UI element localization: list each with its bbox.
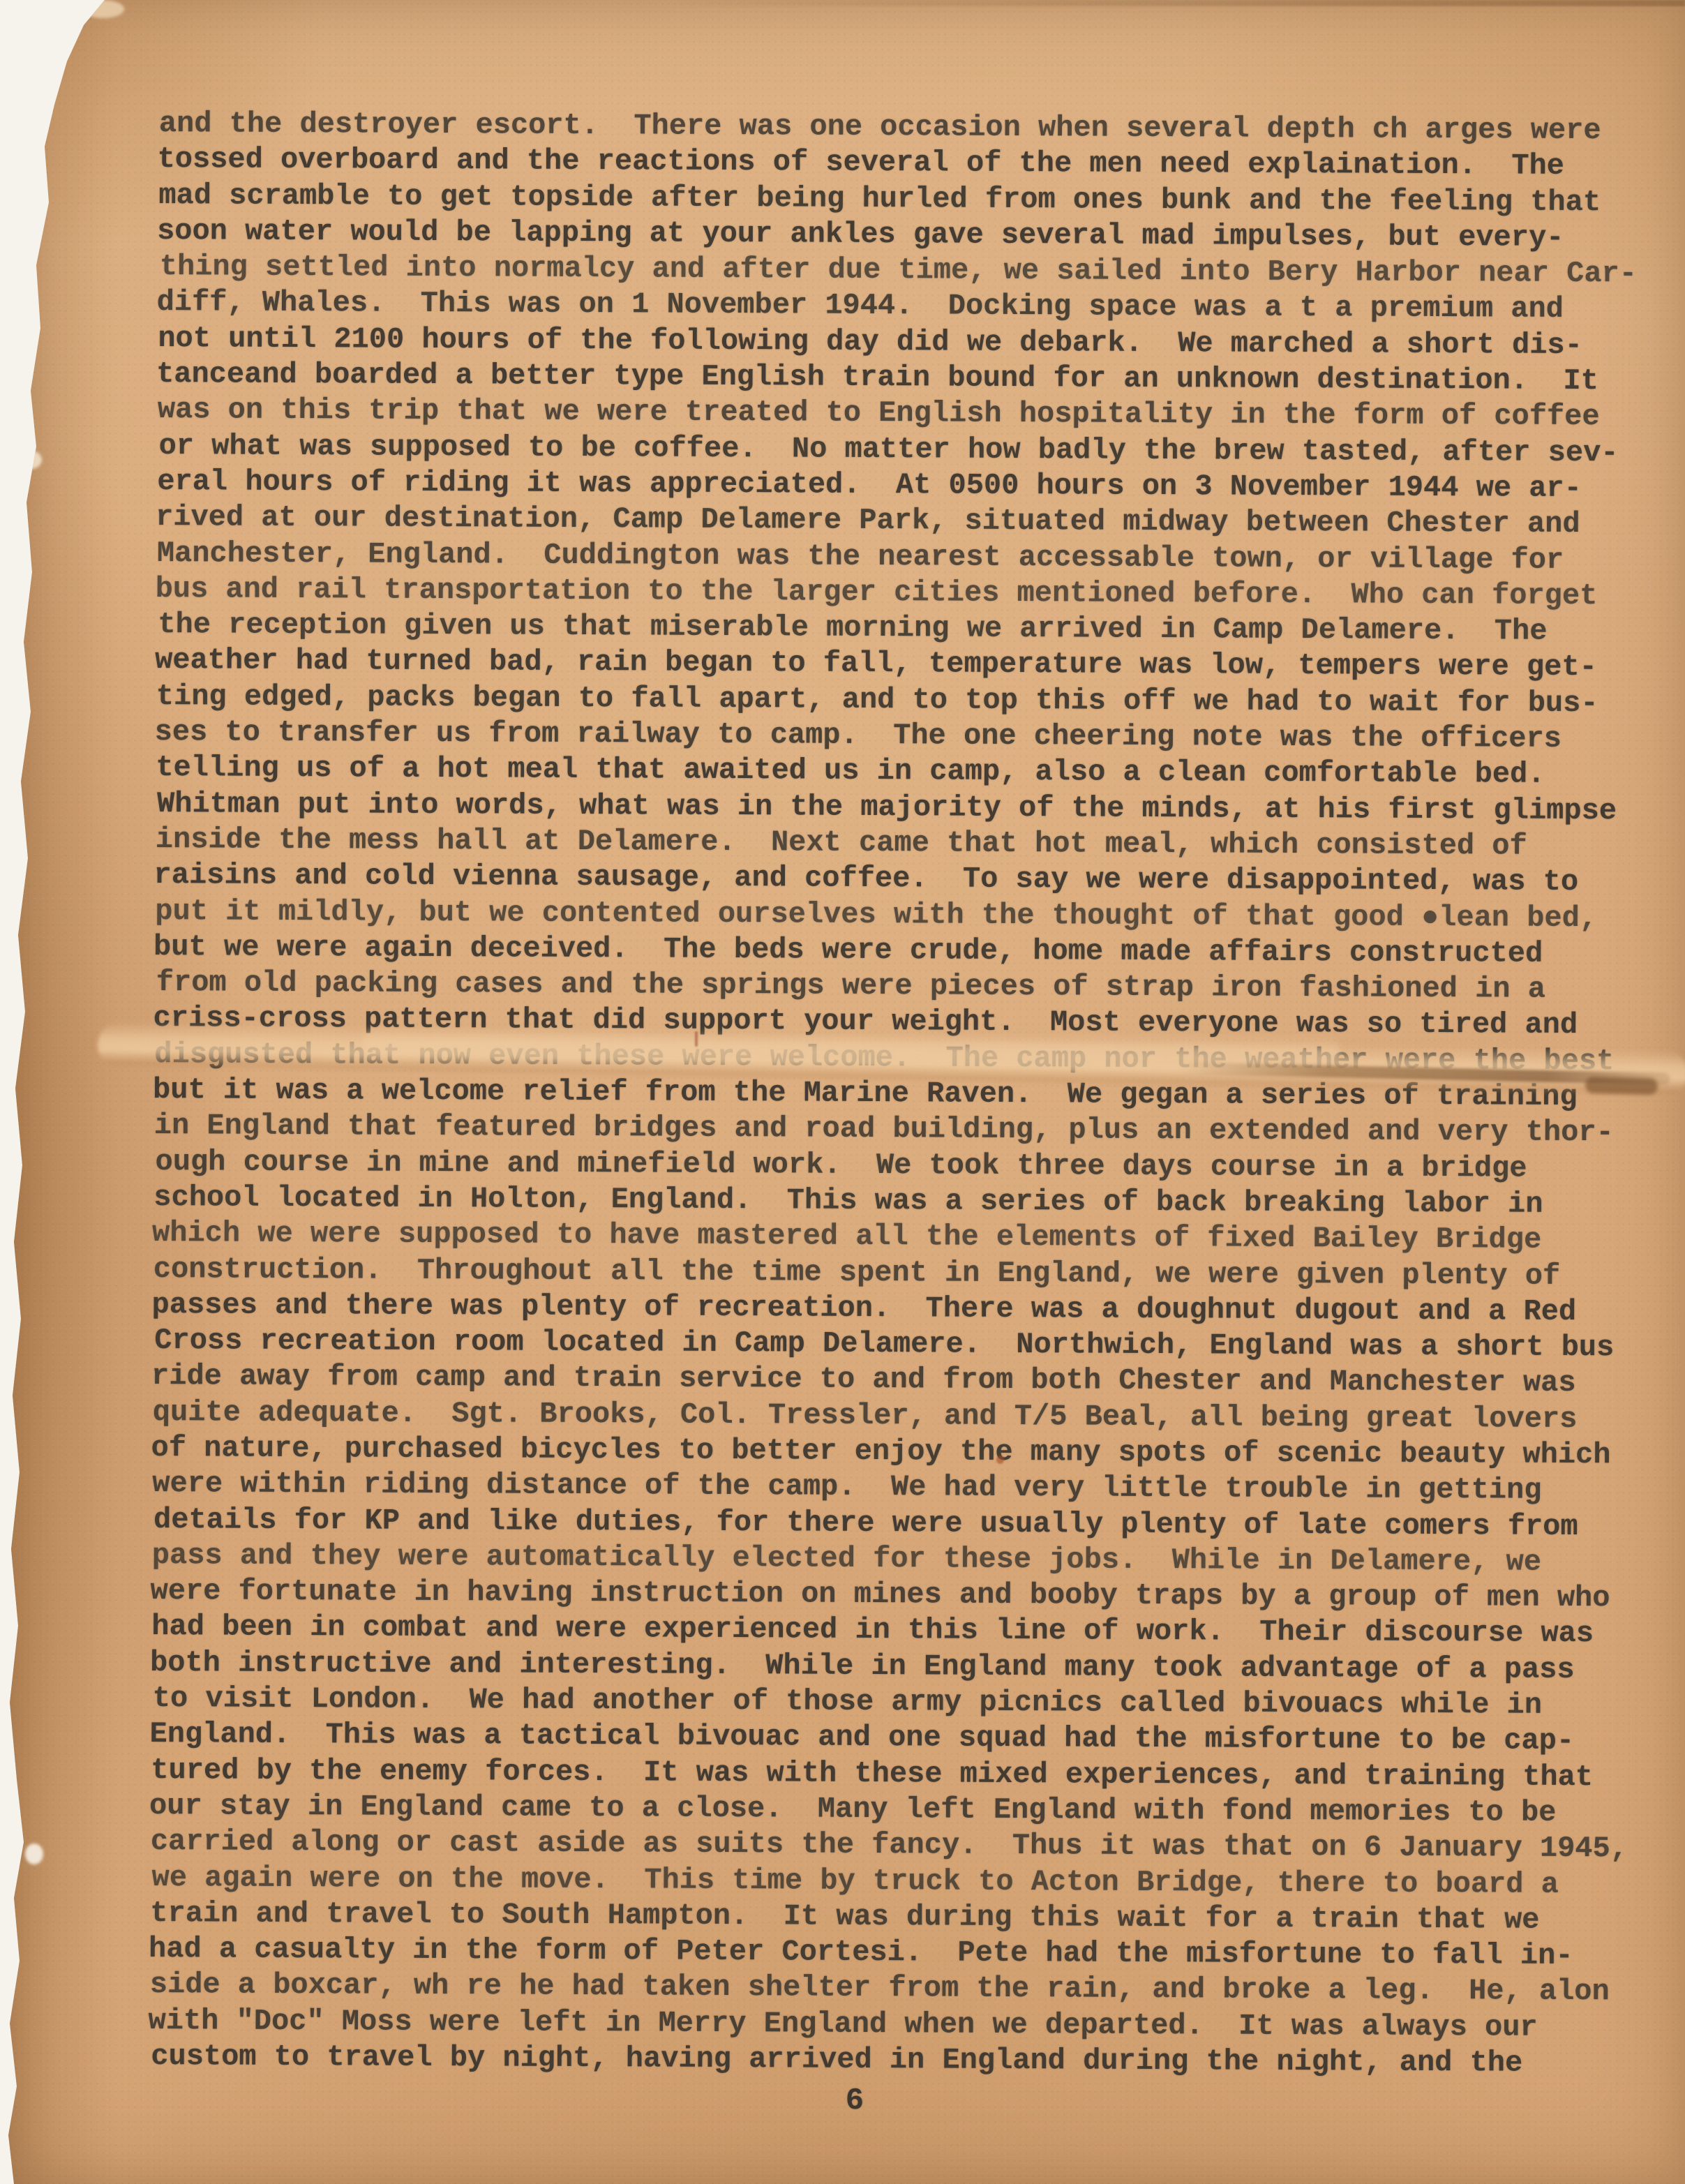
stain-speck	[996, 1456, 1004, 1464]
torn-edge-chip	[25, 1843, 43, 1864]
page-number: 6	[823, 2084, 886, 2118]
typewritten-line: custom to travel by night, having arrive…	[151, 2039, 1672, 2082]
page-text: and the destroyer escort. There was one …	[149, 106, 1680, 2082]
torn-edge-chip	[82, 0, 124, 18]
scanned-document: and the destroyer escort. There was one …	[0, 0, 1685, 2184]
torn-edge-chip	[21, 451, 42, 469]
paper-page: and the destroyer escort. There was one …	[0, 0, 1685, 2184]
top-edge-shadow	[674, 0, 1685, 6]
tear-shadow-line	[1585, 1077, 1658, 1095]
stain-speck	[695, 1031, 698, 1047]
